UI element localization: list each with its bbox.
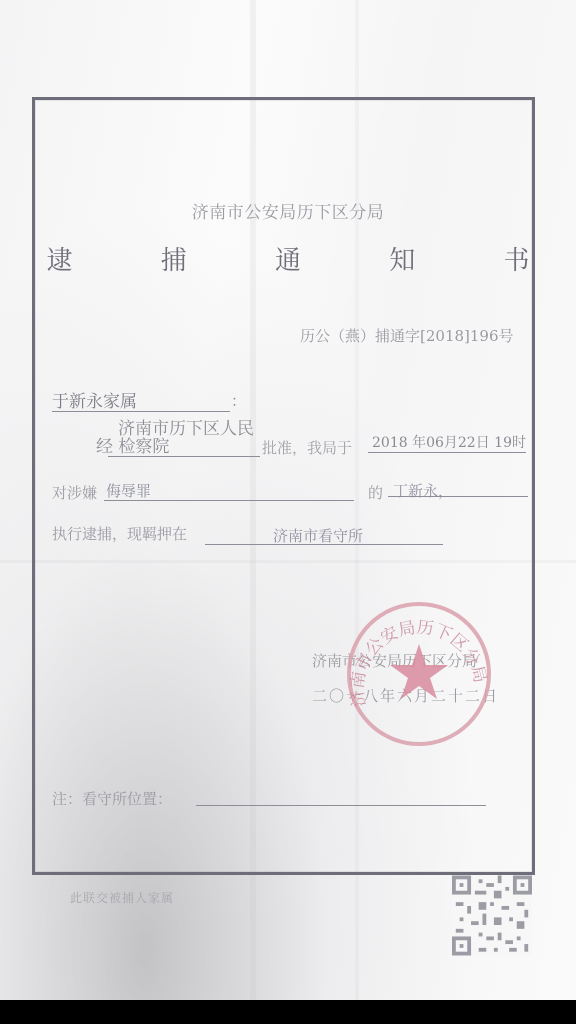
charge-underline [104, 500, 354, 501]
detention-place: 济南市看守所 [273, 525, 363, 546]
issuing-agency: 济南市公安局历下区分局 [0, 198, 576, 223]
qr-code-icon [452, 872, 532, 959]
note-underline [196, 805, 486, 806]
suspect-underline [388, 496, 528, 497]
approving-body-line2: 经 检察院 [96, 432, 169, 457]
recipient-underline [52, 411, 230, 412]
of-label: 的 [368, 482, 383, 503]
recipient-colon: ： [231, 390, 246, 411]
document-paper: 济南市公安局历下区分局 逮 捕 通 知 书 历公（燕）捕通字[2018]196号… [0, 0, 576, 1000]
note-label: 注：看守所位置： [52, 788, 172, 809]
suspect-name: 丁新永， [393, 480, 453, 501]
bottom-black-bar [0, 1000, 576, 1024]
approval-phrase: 批准，我局于 [262, 437, 352, 458]
datetime-underline [368, 452, 526, 453]
document-title: 逮 捕 通 知 书 [0, 240, 576, 277]
arrest-datetime: 2018 年06月22日 19时 [372, 432, 526, 452]
charge-prefix: 对涉嫌 [52, 482, 97, 503]
red-star-seal-icon: 济南市公安局历下区分局 [345, 600, 493, 748]
document-number: 历公（燕）捕通字[2018]196号 [300, 325, 514, 346]
recipient: 于新永家属 [52, 387, 137, 412]
execution-phrase: 执行逮捕，现羁押在 [52, 523, 187, 544]
copy-note: 此联交被捕人家属 [70, 889, 174, 906]
charge: 侮辱罪 [106, 480, 151, 501]
detention-underline [205, 544, 443, 545]
approving-body-underline [108, 456, 260, 457]
